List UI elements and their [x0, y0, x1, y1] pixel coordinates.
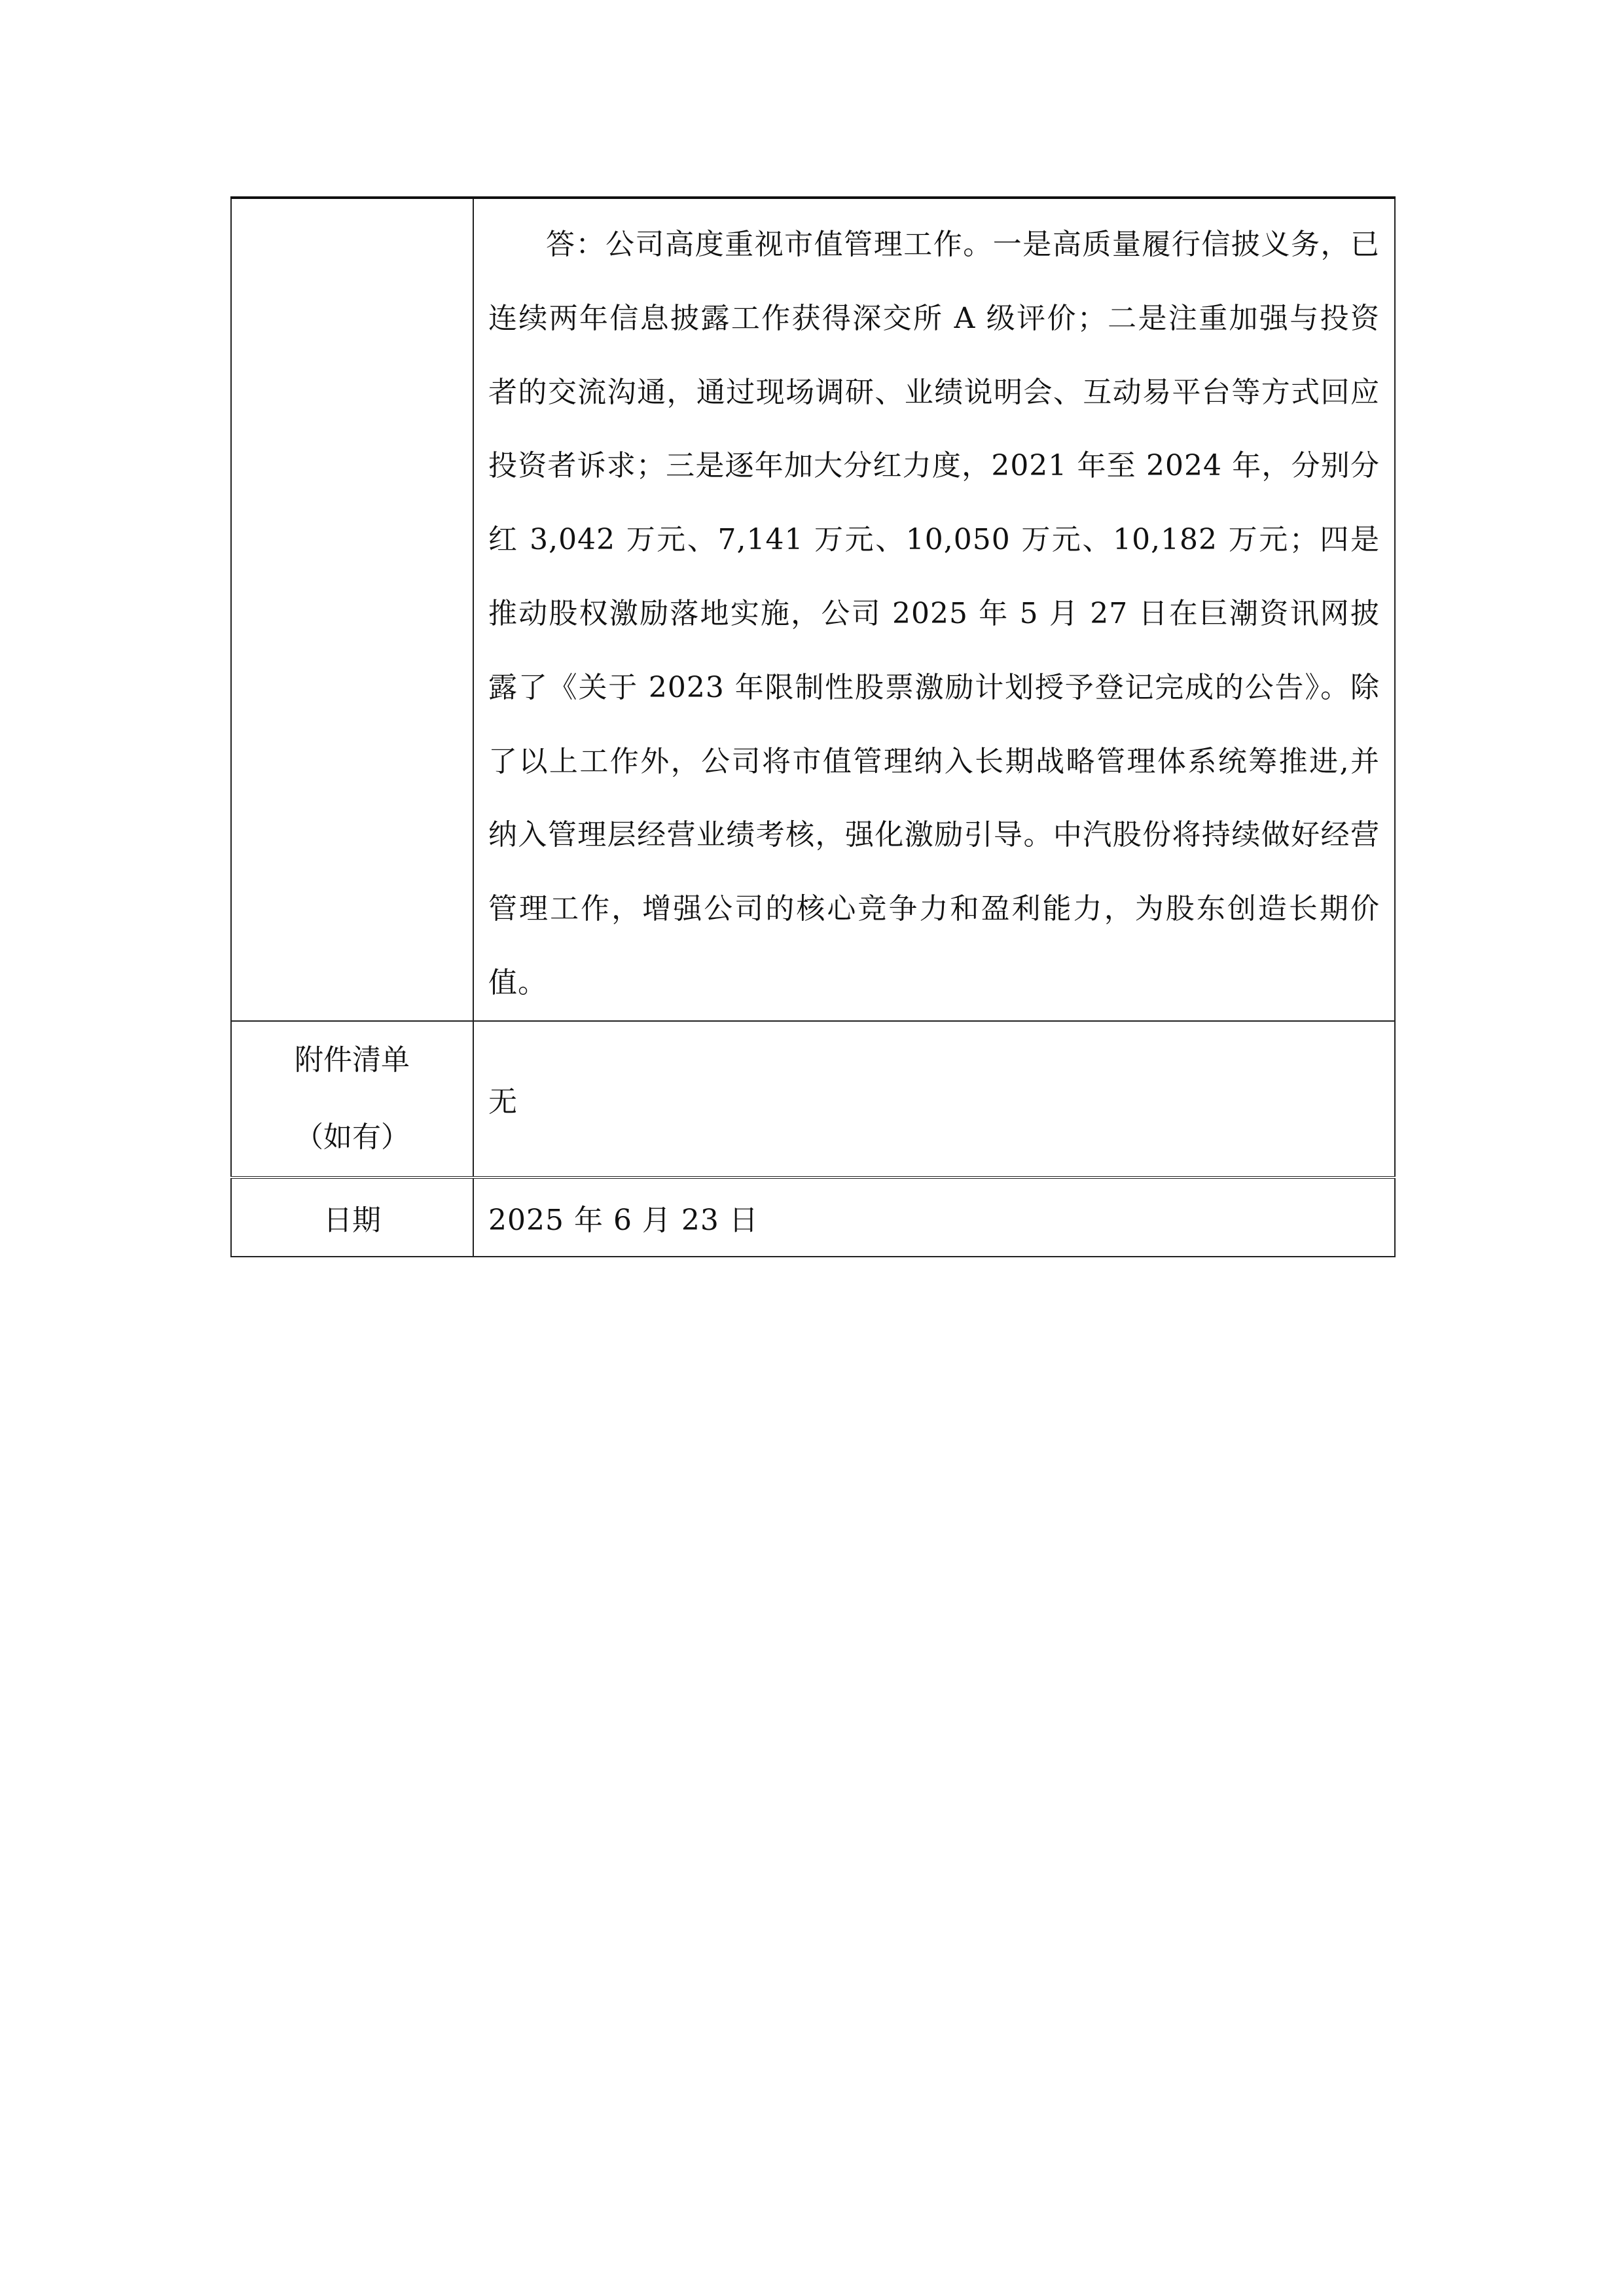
- attachment-label: 附件清单: [232, 1022, 473, 1099]
- attachment-row: 附件清单 （如有） 无: [231, 1021, 1395, 1177]
- answer-row-label-cell: [231, 198, 473, 1021]
- answer-row: 答：公司高度重视市值管理工作。一是高质量履行信披义务，已连续两年信息披露工作获得…: [231, 198, 1395, 1021]
- date-label: 日期: [231, 1177, 473, 1257]
- date-value: 2025 年 6 月 23 日: [473, 1177, 1395, 1257]
- document-page: 答：公司高度重视市值管理工作。一是高质量履行信披义务，已连续两年信息披露工作获得…: [0, 0, 1624, 2296]
- date-row: 日期 2025 年 6 月 23 日: [231, 1177, 1395, 1257]
- answer-cell: 答：公司高度重视市值管理工作。一是高质量履行信披义务，已连续两年信息披露工作获得…: [473, 198, 1395, 1021]
- attachment-value: 无: [473, 1021, 1395, 1177]
- activity-record-table: 答：公司高度重视市值管理工作。一是高质量履行信披义务，已连续两年信息披露工作获得…: [230, 196, 1396, 1257]
- attachment-label-cell: 附件清单 （如有）: [231, 1021, 473, 1177]
- attachment-label-note: （如有）: [232, 1099, 473, 1176]
- answer-paragraph: 答：公司高度重视市值管理工作。一是高质量履行信披义务，已连续两年信息披露工作获得…: [488, 208, 1380, 1020]
